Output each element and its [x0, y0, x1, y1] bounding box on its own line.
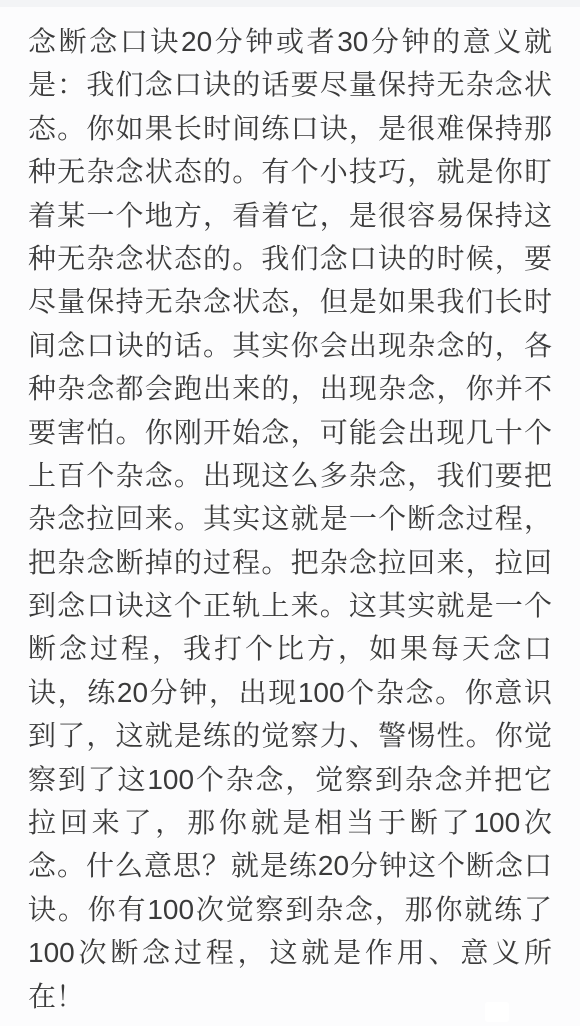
- text-line-last: 在！: [28, 975, 552, 1018]
- text-line: 尽量保持无杂念状态，但是如果我们长时: [28, 280, 552, 323]
- text-line: 杂念拉回来。其实这就是一个断念过程，: [28, 497, 552, 540]
- text-line: 是：我们念口诀的话要尽量保持无杂念状: [28, 63, 552, 106]
- watermark-smudge: [485, 1002, 509, 1022]
- text-line: 察到了这100个杂念，觉察到杂念并把它: [28, 758, 552, 801]
- text-line: 要害怕。你刚开始念，可能会出现几十个: [28, 411, 552, 454]
- text-line: 到念口诀这个正轨上来。这其实就是一个: [28, 584, 552, 627]
- text-line: 到了，这就是练的觉察力、警惕性。你觉: [28, 714, 552, 757]
- text-line: 断念过程，我打个比方，如果每天念口: [28, 627, 552, 670]
- text-line: 100次断念过程，这就是作用、意义所: [28, 931, 552, 974]
- text-line: 种无杂念状态的。有个小技巧，就是你盯: [28, 150, 552, 193]
- text-line: 着某一个地方，看着它，是很容易保持这: [28, 194, 552, 237]
- text-line: 诀。你有100次觉察到杂念，那你就练了: [28, 888, 552, 931]
- text-line: 间念口诀的话。其实你会出现杂念的，各: [28, 324, 552, 367]
- text-line: 态。你如果长时间练口诀，是很难保持那: [28, 107, 552, 150]
- text-line: 把杂念断掉的过程。把杂念拉回来，拉回: [28, 541, 552, 584]
- reader-page: { "article": { "lines": [ "念断念口诀20分钟或者30…: [0, 0, 580, 1026]
- text-line: 念。什么意思？就是练20分钟这个断念口: [28, 844, 552, 887]
- text-line: 种无杂念状态的。我们念口诀的时候，要: [28, 237, 552, 280]
- article-body-text: 念断念口诀20分钟或者30分钟的意义就 是：我们念口诀的话要尽量保持无杂念状 态…: [28, 20, 552, 1018]
- text-line: 上百个杂念。出现这么多杂念，我们要把: [28, 454, 552, 497]
- top-edge-strip: [0, 0, 580, 7]
- text-line: 种杂念都会跑出来的，出现杂念，你并不: [28, 367, 552, 410]
- text-line: 念断念口诀20分钟或者30分钟的意义就: [28, 20, 552, 63]
- text-line: 拉回来了，那你就是相当于断了100次: [28, 801, 552, 844]
- text-line: 诀，练20分钟，出现100个杂念。你意识: [28, 671, 552, 714]
